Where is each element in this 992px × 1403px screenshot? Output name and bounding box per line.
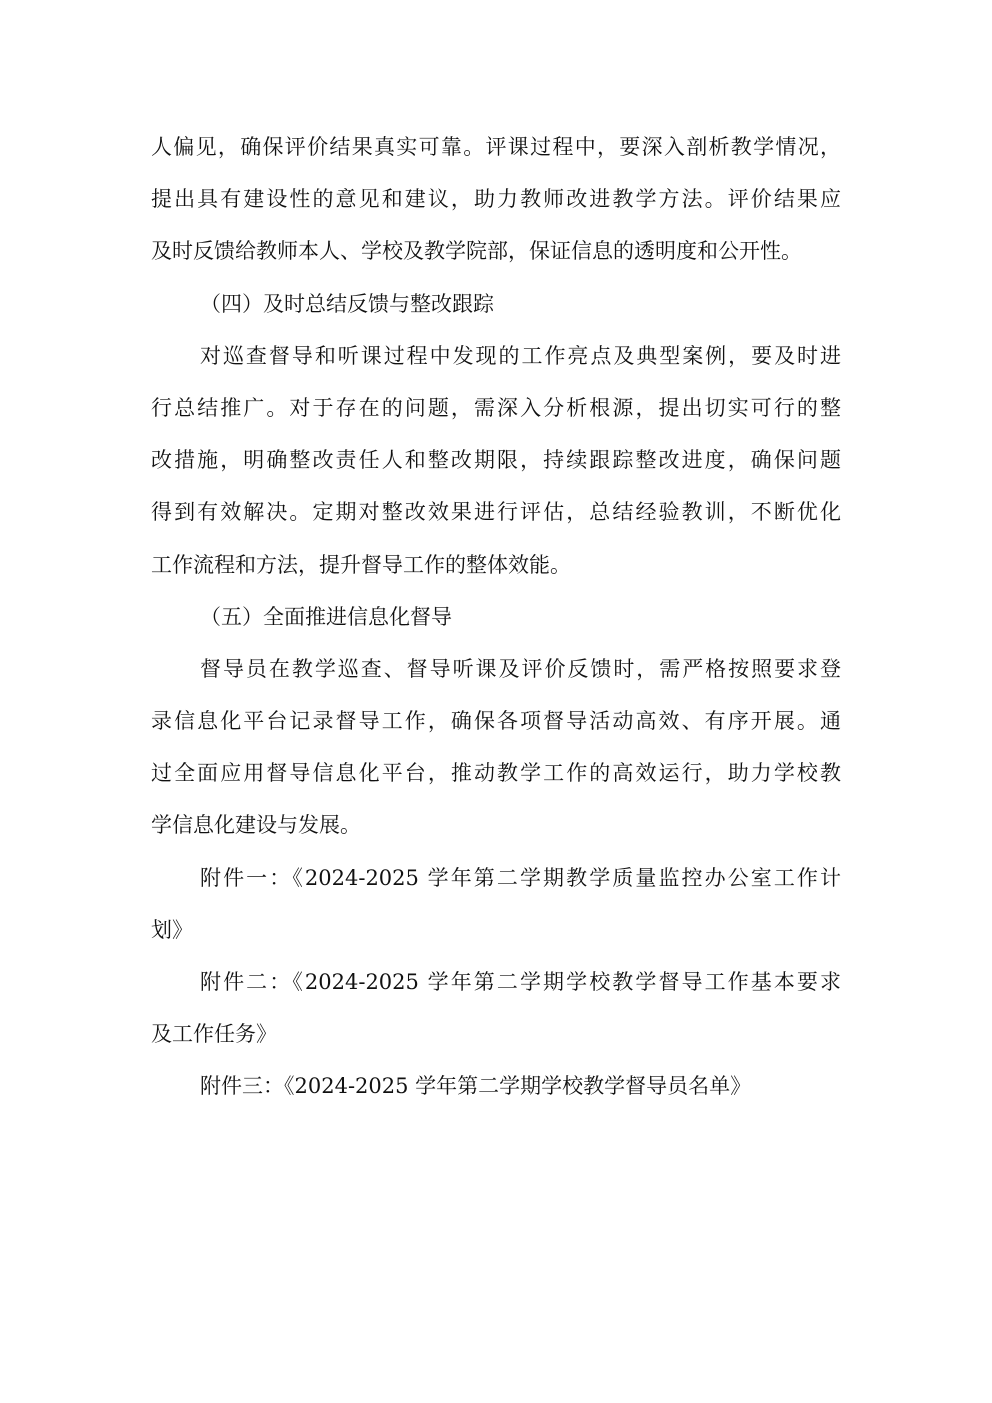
attachment-3: 附件三：《2024-2025 学年第二学期学校教学督导员名单》 — [151, 1060, 841, 1112]
section-heading-5: （五）全面推进信息化督导 — [151, 591, 841, 643]
text-line: 过全面应用督导信息化平台，推动教学工作的高效运行，助力学校教 — [151, 747, 841, 799]
text-line: 得到有效解决。定期对整改效果进行评估，总结经验教训，不断优化 — [151, 486, 841, 538]
attachment-text-line: 附件一：《2024-2025 学年第二学期教学质量监控办公室工作计 — [151, 852, 841, 904]
section-heading-4: （四）及时总结反馈与整改跟踪 — [151, 278, 841, 330]
text-line: 人偏见，确保评价结果真实可靠。评课过程中，要深入剖析教学情况， — [151, 121, 841, 173]
attachment-1: 附件一：《2024-2025 学年第二学期教学质量监控办公室工作计 划》 — [151, 852, 841, 956]
text-line: 提出具有建设性的意见和建议，助力教师改进教学方法。评价结果应 — [151, 173, 841, 225]
paragraph-informatization: 督导员在教学巡查、督导听课及评价反馈时，需严格按照要求登 录信息化平台记录督导工… — [151, 643, 841, 852]
attachment-2: 附件二：《2024-2025 学年第二学期学校教学督导工作基本要求 及工作任务》 — [151, 956, 841, 1060]
paragraph-evaluation-continued: 人偏见，确保评价结果真实可靠。评课过程中，要深入剖析教学情况， 提出具有建设性的… — [151, 121, 841, 278]
attachment-text-line: 划》 — [151, 904, 841, 956]
text-line: 工作流程和方法，提升督导工作的整体效能。 — [151, 539, 841, 591]
text-line: 对巡查督导和听课过程中发现的工作亮点及典型案例，要及时进 — [151, 330, 841, 382]
attachment-text-line: 附件三：《2024-2025 学年第二学期学校教学督导员名单》 — [151, 1060, 841, 1112]
attachment-text-line: 及工作任务》 — [151, 1008, 841, 1060]
text-line: 督导员在教学巡查、督导听课及评价反馈时，需严格按照要求登 — [151, 643, 841, 695]
text-line: 及时反馈给教师本人、学校及教学院部，保证信息的透明度和公开性。 — [151, 225, 841, 277]
text-line: 行总结推广。对于存在的问题，需深入分析根源，提出切实可行的整 — [151, 382, 841, 434]
document-page: 人偏见，确保评价结果真实可靠。评课过程中，要深入剖析教学情况， 提出具有建设性的… — [151, 121, 841, 1113]
heading-text: （五）全面推进信息化督导 — [151, 591, 841, 643]
paragraph-feedback-rectification: 对巡查督导和听课过程中发现的工作亮点及典型案例，要及时进 行总结推广。对于存在的… — [151, 330, 841, 591]
heading-text: （四）及时总结反馈与整改跟踪 — [151, 278, 841, 330]
text-line: 录信息化平台记录督导工作，确保各项督导活动高效、有序开展。通 — [151, 695, 841, 747]
text-line: 改措施，明确整改责任人和整改期限，持续跟踪整改进度，确保问题 — [151, 434, 841, 486]
attachment-text-line: 附件二：《2024-2025 学年第二学期学校教学督导工作基本要求 — [151, 956, 841, 1008]
text-line: 学信息化建设与发展。 — [151, 799, 841, 851]
